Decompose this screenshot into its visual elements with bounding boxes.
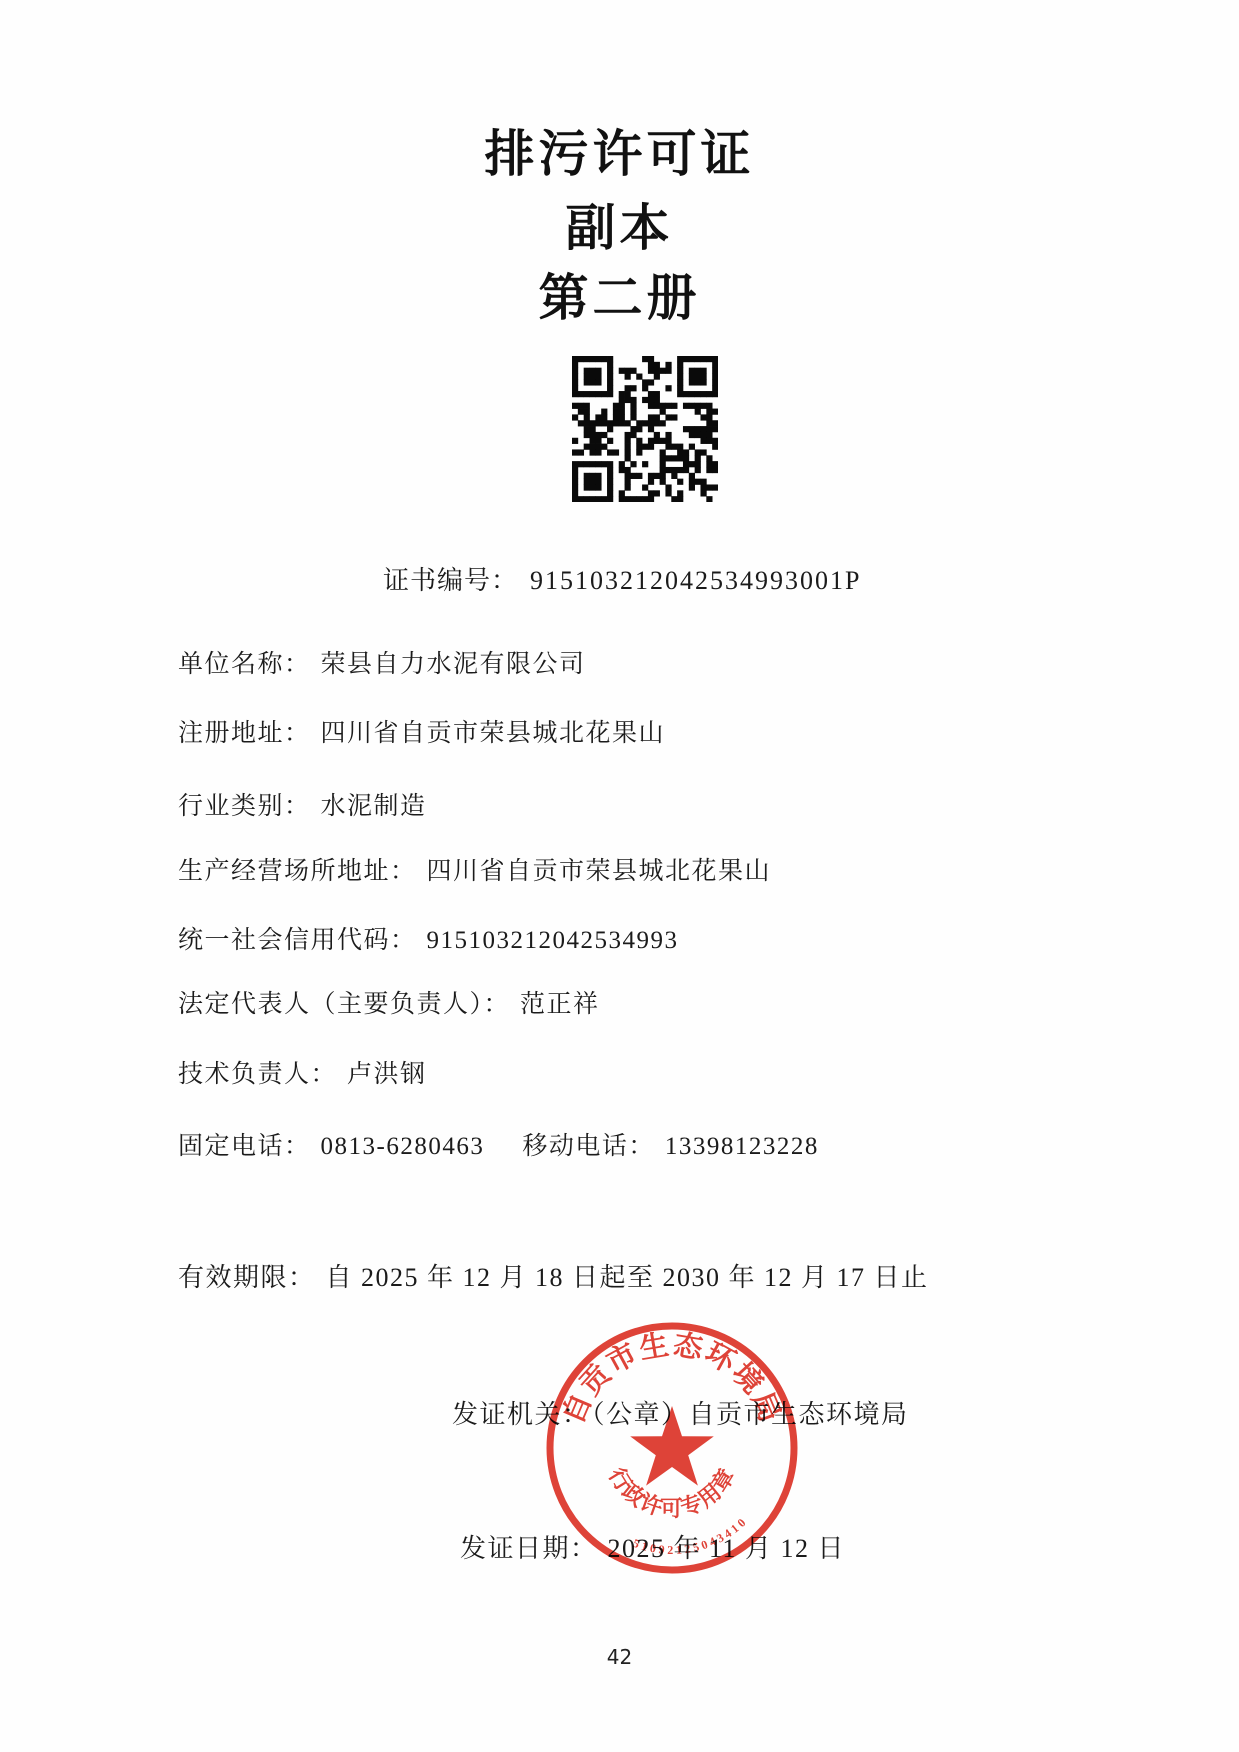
field-site-address: 生产经营场所地址：四川省自贡市荣县城北花果山 — [178, 855, 771, 889]
document-volume: 第二册 — [0, 258, 1239, 330]
field-label: 有效期限： — [178, 1263, 316, 1292]
field-value: 荣县自力水泥有限公司 — [311, 651, 586, 678]
field-label: 注册地址： — [178, 720, 311, 747]
field-credit-code: 统一社会信用代码：915103212042534993 — [178, 924, 679, 958]
field-phones: 固定电话：0813-6280463移动电话：13398123228 — [178, 1130, 819, 1164]
seal-type-text: 行政许可专用章 — [604, 1464, 740, 1522]
field-label: 法定代表人（主要负责人）： — [178, 991, 510, 1018]
field-label: 发证机关： — [452, 1400, 590, 1429]
field-label: 固定电话： — [178, 1133, 311, 1160]
page-number: 42 — [0, 1645, 1239, 1669]
field-value: 水泥制造 — [311, 793, 427, 820]
qr-code-icon — [572, 356, 718, 502]
document-subtitle-copy: 副本 — [0, 188, 1239, 260]
field-technical-lead: 技术负责人：卢洪钢 — [178, 1058, 427, 1092]
field-value: 四川省自贡市荣县城北花果山 — [417, 858, 772, 885]
field-value: 卢洪钢 — [337, 1061, 427, 1088]
field-registered-address: 注册地址：四川省自贡市荣县城北花果山 — [178, 717, 665, 751]
field-validity-period: 有效期限：自 2025 年 12 月 18 日起至 2030 年 12 月 17… — [178, 1261, 929, 1295]
field-value: 自 2025 年 12 月 18 日起至 2030 年 12 月 17 日止 — [316, 1263, 929, 1292]
field-label: 移动电话： — [484, 1133, 655, 1160]
seal-type-text-wrap: 行政许可专用章 — [604, 1464, 740, 1522]
field-value: 四川省自贡市荣县城北花果山 — [311, 720, 666, 747]
qr-code-image — [572, 356, 718, 502]
field-issuing-authority: 发证机关：（公章）自贡市生态环境局 — [452, 1398, 909, 1432]
field-value: 范正祥 — [510, 991, 600, 1018]
certificate-number-label: 证书编号： — [383, 566, 518, 595]
field-issue-date: 发证日期：2025 年 11 月 12 日 — [460, 1532, 845, 1566]
certificate-number-value: 915103212042534993001P — [518, 566, 861, 595]
permit-document-page: 排污许可证 副本 第二册 证书编号：915103212042534993001P… — [0, 0, 1239, 1752]
field-label: 发证日期： — [460, 1534, 598, 1563]
field-value: 0813-6280463 — [311, 1133, 485, 1160]
field-legal-representative: 法定代表人（主要负责人）：范正祥 — [178, 988, 600, 1022]
field-value: 13398123228 — [655, 1133, 819, 1160]
field-value: 915103212042534993 — [417, 927, 679, 954]
field-label: 单位名称： — [178, 651, 311, 678]
document-title: 排污许可证 — [0, 114, 1239, 186]
field-label: 行业类别： — [178, 793, 311, 820]
field-value: （公章）自贡市生态环境局 — [590, 1400, 909, 1429]
certificate-number-line: 证书编号：915103212042534993001P — [383, 560, 861, 597]
field-label: 生产经营场所地址： — [178, 858, 417, 885]
field-label: 统一社会信用代码： — [178, 927, 417, 954]
field-unit-name: 单位名称：荣县自力水泥有限公司 — [178, 648, 586, 682]
field-value: 2025 年 11 月 12 日 — [598, 1534, 846, 1563]
field-industry-category: 行业类别：水泥制造 — [178, 790, 427, 824]
field-label: 技术负责人： — [178, 1061, 337, 1088]
